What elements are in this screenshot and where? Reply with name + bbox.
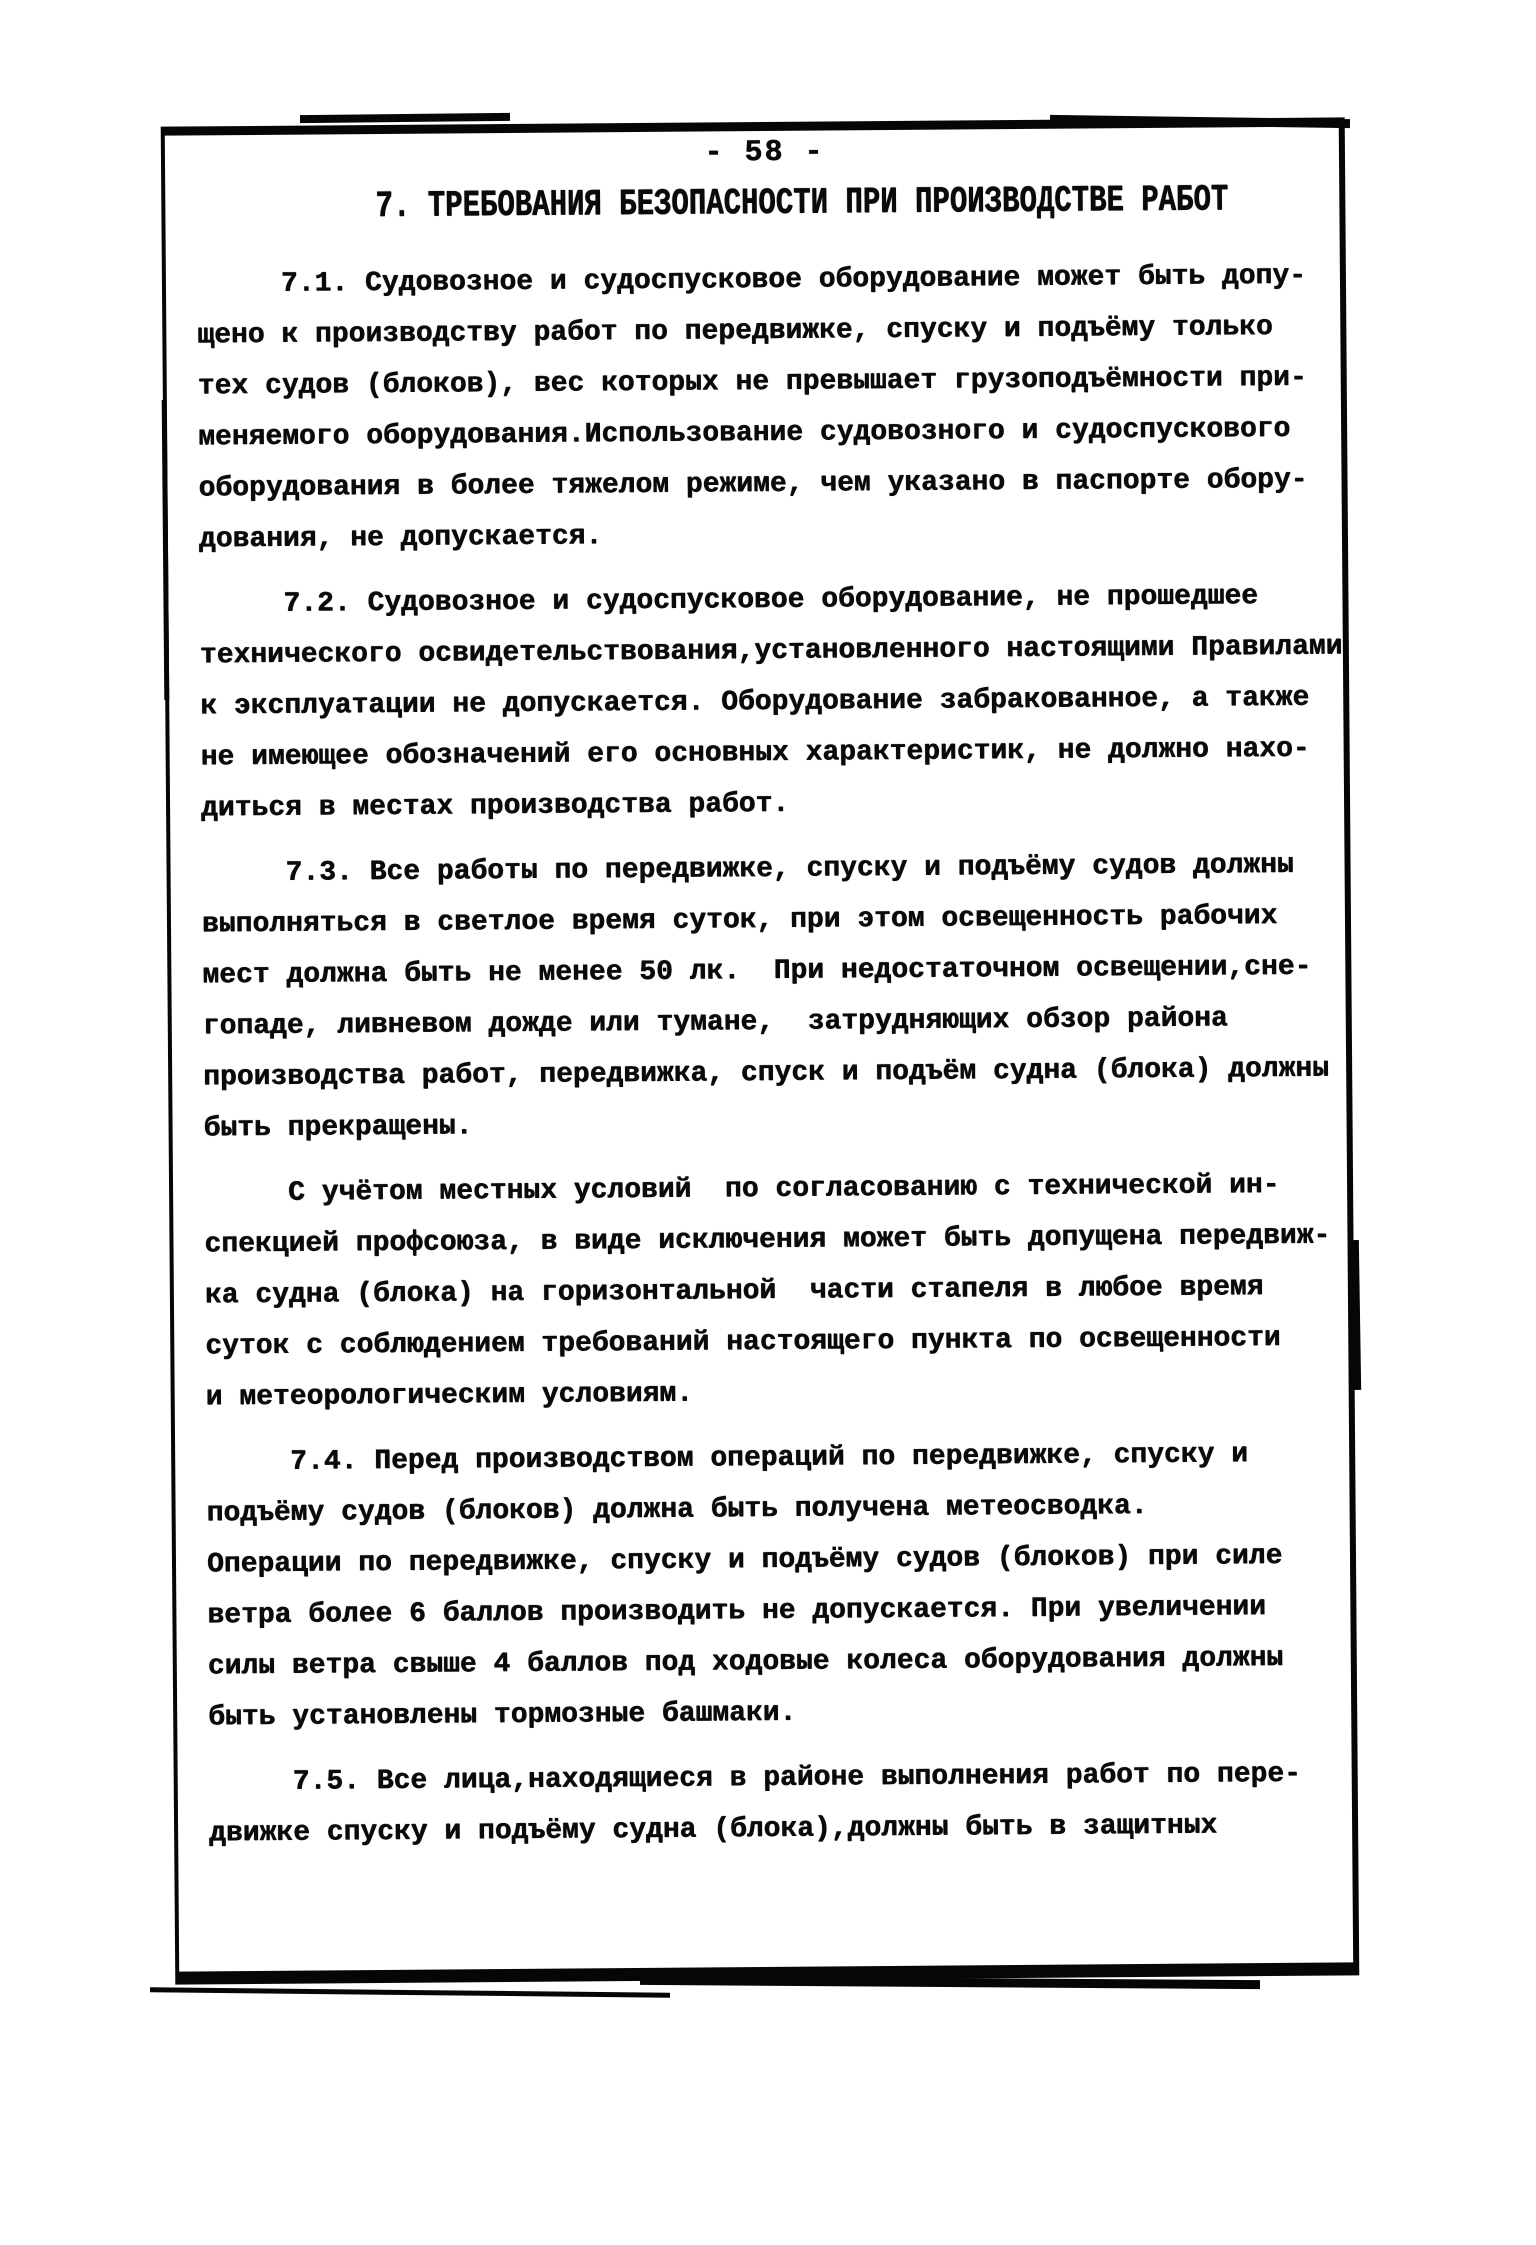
text-line: технического освидетельствования,установ… [200,621,1337,681]
text-line: спекцией профсоюза, в виде исключения мо… [204,1210,1341,1270]
text-line: выполняться в светлое время суток, при э… [202,890,1339,950]
text-line: ка судна (блока) на горизонтальной части… [205,1261,1342,1321]
text-line: суток с соблюдением требований настоящег… [205,1312,1342,1372]
text-line: меняемого оборудования.Использование суд… [198,403,1335,463]
text-line: и метеорологическим условиям. [206,1363,1343,1423]
text-line: не имеющее обозначений его основных хара… [200,723,1337,783]
text-line: оборудования в более тяжелом режиме, чем… [198,454,1335,514]
text-line: 7.3. Все работы по передвижке, спуску и … [201,839,1338,899]
text-line: С учётом местных условий по согласованию… [204,1159,1341,1219]
text-line: Операции по передвижке, спуску и подъёму… [207,1530,1344,1590]
text-line: быть установлены тормозные башмаки. [208,1683,1345,1743]
text-line: мест должна быть не менее 50 лк. При нед… [202,941,1339,1001]
text-line: подъёму судов (блоков) должна быть получ… [206,1479,1343,1539]
text-line: дования, не допускается. [199,505,1336,565]
text-line: щено к производству работ по передвижке,… [197,301,1334,361]
text-line: быть прекращены. [203,1094,1340,1154]
text-line: ветра более 6 баллов производить не допу… [207,1581,1344,1641]
text-line: 7.5. Все лица,находящиеся в районе выпол… [209,1748,1346,1808]
text-line: силы ветра свыше 4 баллов под ходовые ко… [208,1632,1345,1692]
text-line: к эксплуатации не допускается. Оборудова… [200,672,1337,732]
document-page: - 58 - 7. ТРЕБОВАНИЯ БЕЗОПАСНОСТИ ПРИ ПР… [161,117,1360,1984]
scan-artifact [640,1976,1260,1989]
text-line: производства работ, передвижка, спуск и … [203,1043,1340,1103]
text-line: 7.2. Судовозное и судоспусковое оборудов… [199,570,1336,630]
page-number: - 58 - [196,131,1333,174]
scan-artifact [1351,1240,1361,1390]
text-line: движке спуску и подъёму судна (блока),до… [209,1799,1346,1859]
text-line: гопаде, ливневом дожде или тумане, затру… [203,992,1340,1052]
scan-artifact [300,113,510,123]
scan-artifact [150,1987,670,1997]
text-line: 7.4. Перед производством операций по пер… [206,1428,1343,1488]
scan-background: - 58 - 7. ТРЕБОВАНИЯ БЕЗОПАСНОСТИ ПРИ ПР… [0,0,1536,2245]
section-heading: 7. ТРЕБОВАНИЯ БЕЗОПАСНОСТИ ПРИ ПРОИЗВОДС… [196,176,1333,231]
text-line: диться в местах производства работ. [201,774,1338,834]
text-line: тех судов (блоков), вес которых не превы… [198,352,1335,412]
document-body: 7.1. Судовозное и судоспусковое оборудов… [197,250,1347,1859]
text-line: 7.1. Судовозное и судоспусковое оборудов… [197,250,1334,310]
